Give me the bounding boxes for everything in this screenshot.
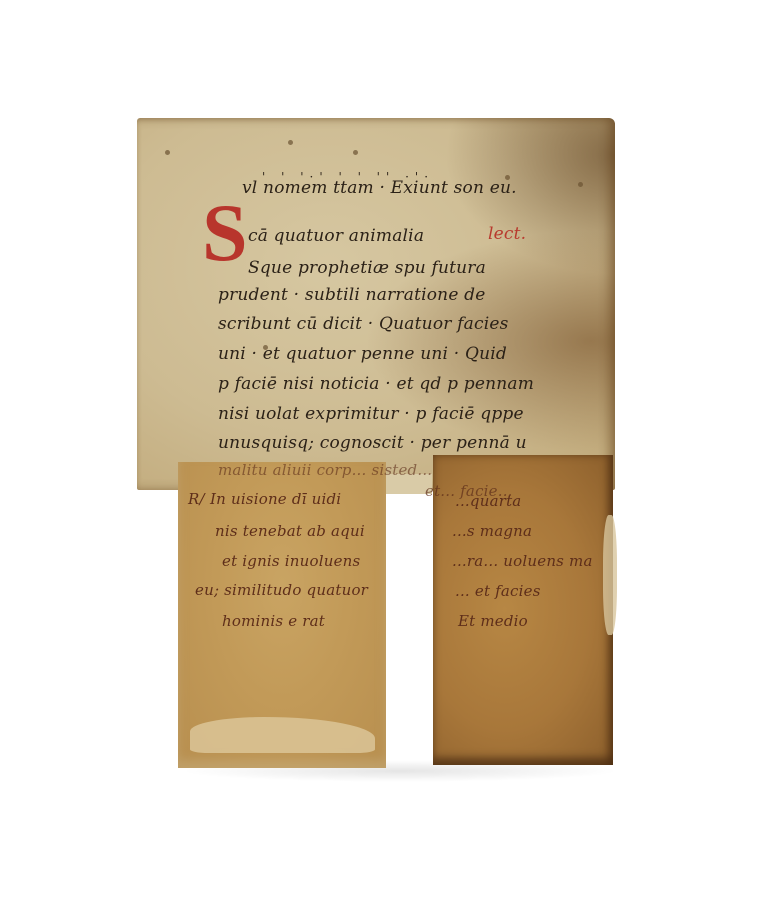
text-line: Et medio [458, 612, 528, 630]
text-line: nisi uolat exprimitur · p faciē qppe [218, 404, 524, 424]
text-line: ...ra... uoluens ma [452, 552, 593, 570]
worm-hole [165, 150, 170, 155]
text-line: scribunt cū dicit · Quatuor facies [218, 314, 509, 334]
worm-hole [288, 140, 293, 145]
text-line: vl nomem ttam · Exiunt son eu. [242, 178, 517, 198]
text-line: ...s magna [452, 522, 532, 540]
text-line: p faciē nisi noticia · et qd p pennam [218, 374, 534, 394]
worm-hole [353, 150, 358, 155]
text-line: uni · et quatuor penne uni · Quid [218, 344, 507, 364]
text-line: prudent · subtili narratione de [218, 285, 486, 305]
torn-edge [190, 717, 375, 753]
rubric-label: lect. [488, 224, 526, 244]
text-line: ... et facies [455, 582, 541, 600]
frayed-edge [603, 515, 617, 635]
decorated-initial: S [202, 192, 248, 274]
text-line: nis tenebat ab aqui [215, 522, 365, 540]
text-line: Sque prophetiæ spu futura [248, 258, 486, 278]
text-line: eu; similitudo quatuor [195, 581, 368, 599]
responsory-marker: R/ [188, 490, 205, 508]
text-line: hominis e rat [222, 612, 325, 630]
text-line: ...quarta [455, 492, 521, 510]
text-line: malitu aliuii corp... sisted... [218, 461, 432, 479]
text-line: et ignis inuoluens [222, 552, 360, 570]
text-line: unusquisq; cognoscit · per pennā u [218, 433, 527, 453]
text-line: In uisione dī uidi [210, 490, 341, 508]
worm-hole [578, 182, 583, 187]
text-line: cā quatuor animalia [248, 226, 424, 246]
